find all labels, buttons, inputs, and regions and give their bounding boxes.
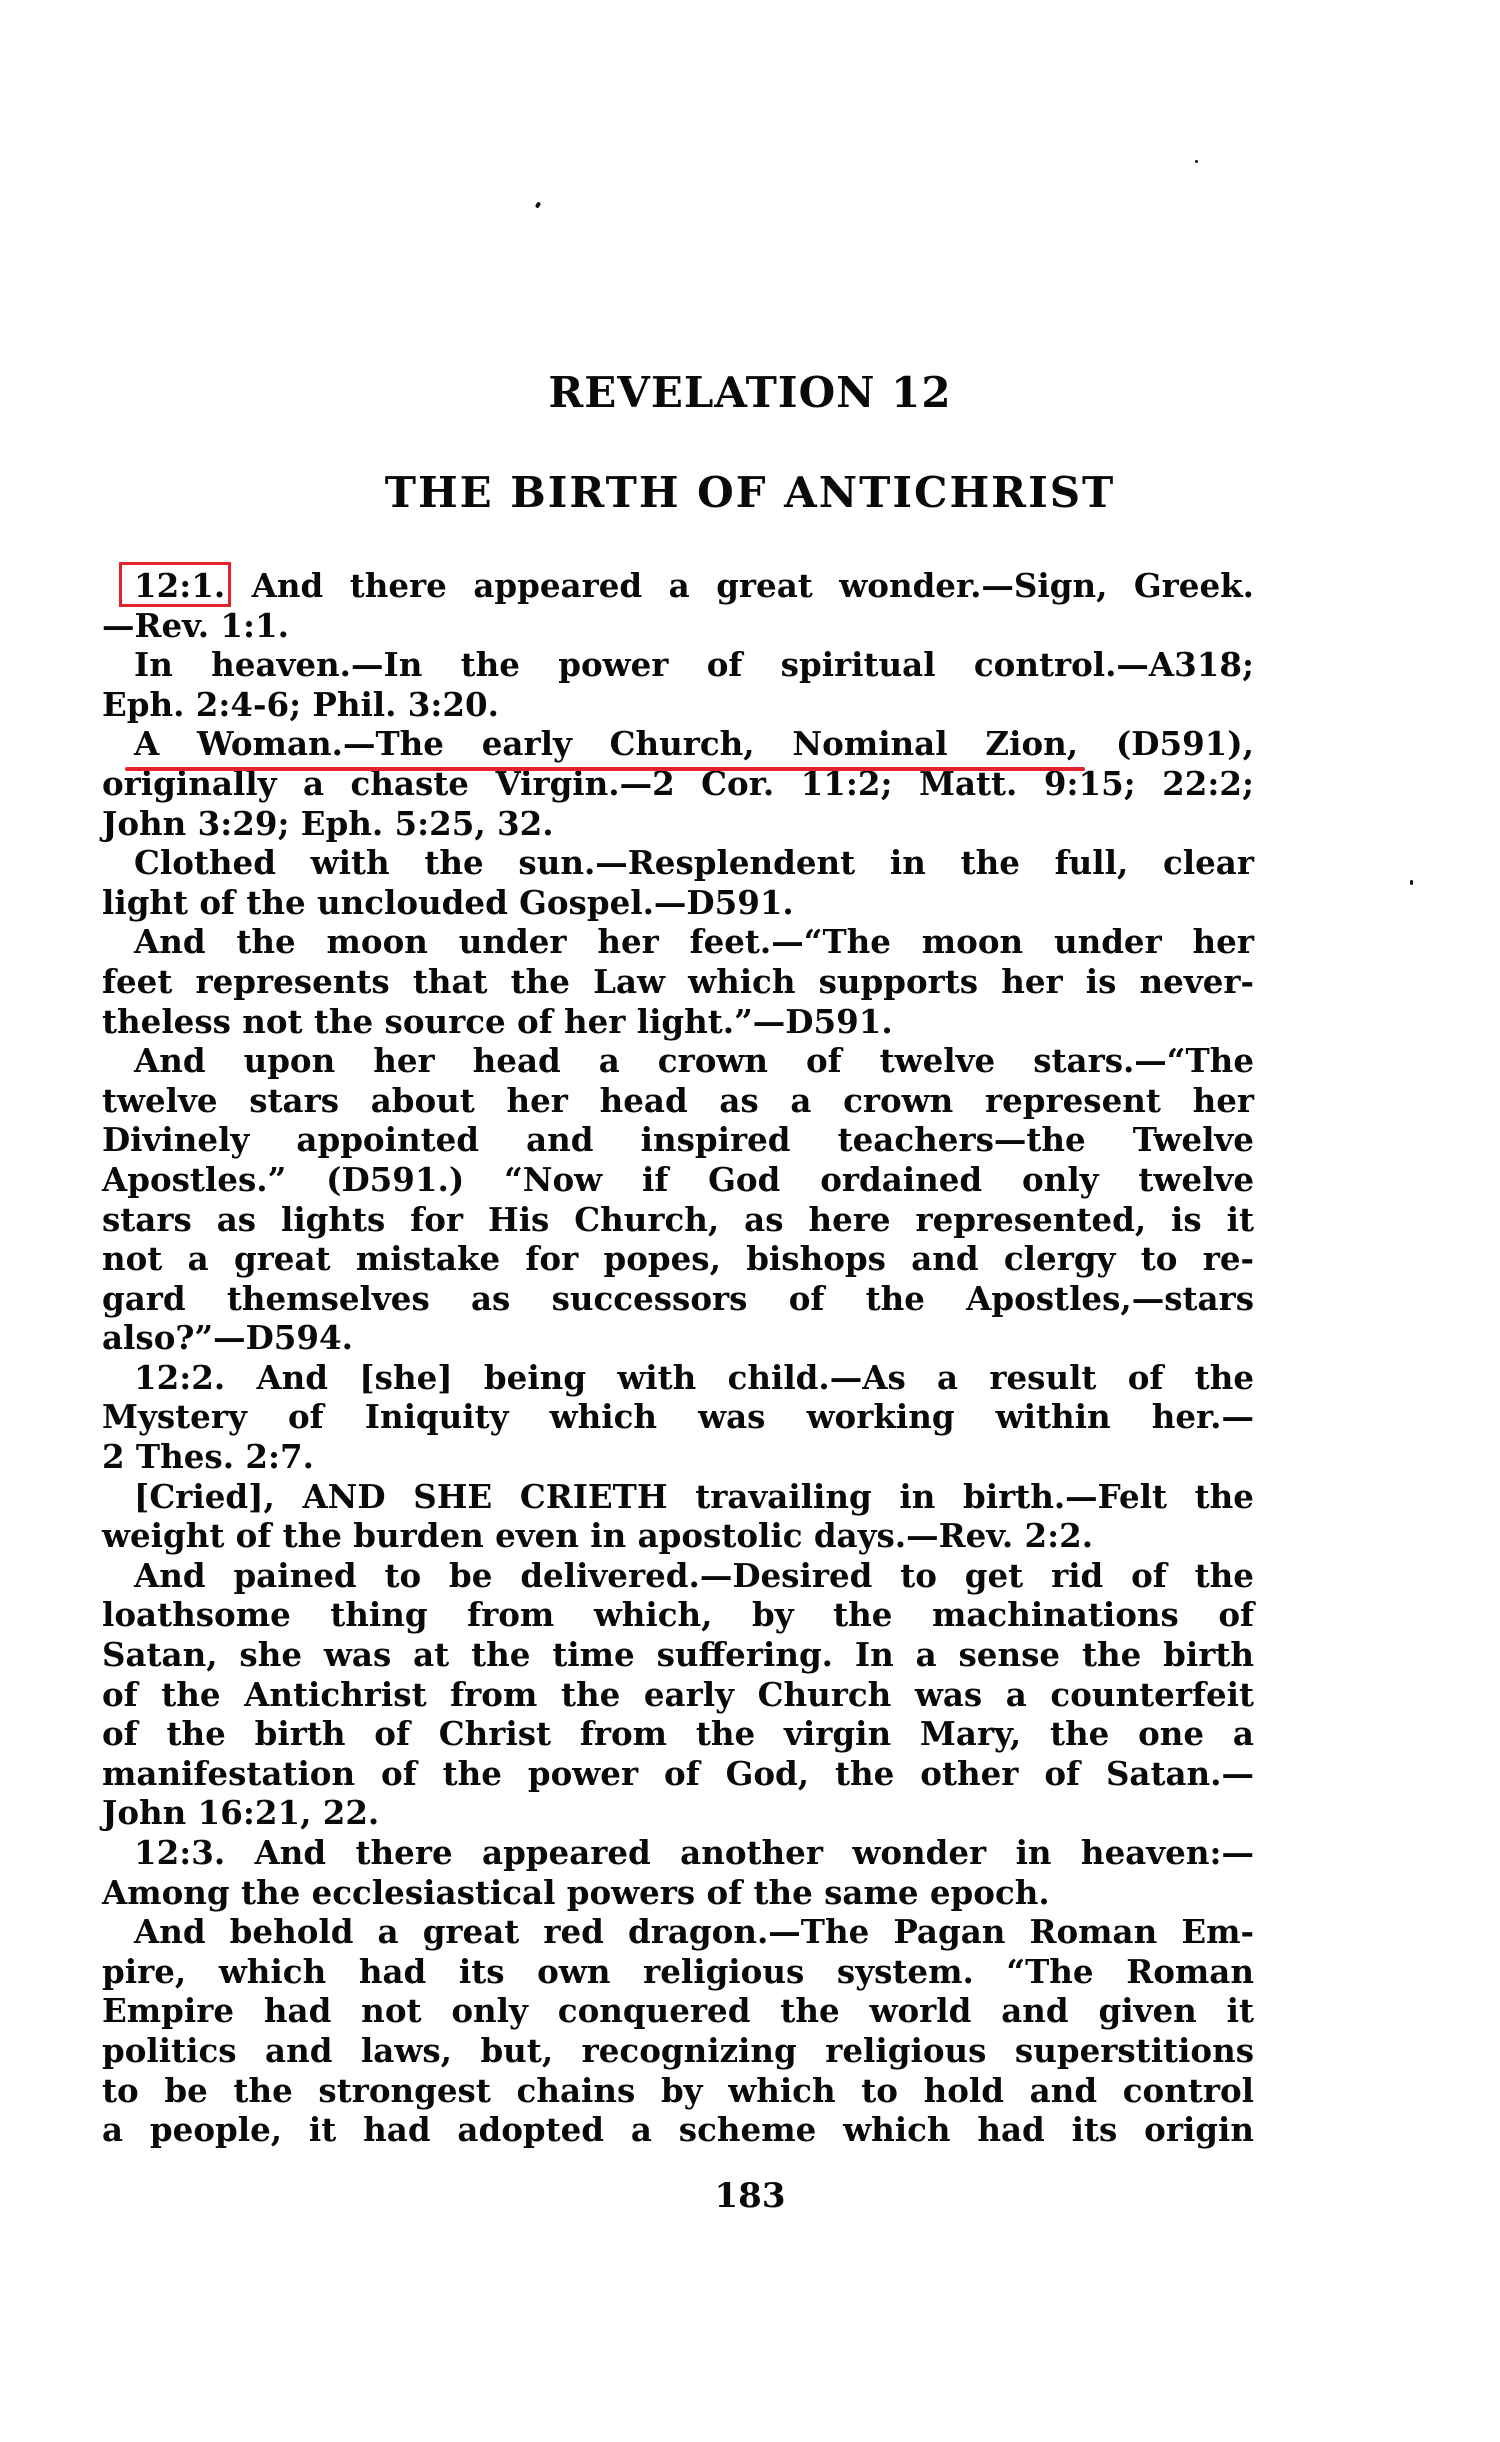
text-line: And pained to be delivered.—Desired to g… [102, 1556, 1254, 1596]
text-line: Satan, she was at the time suffering. In… [102, 1635, 1254, 1675]
text-line: manifestation of the power of God, the o… [102, 1754, 1254, 1794]
text-line: feet represents that the Law which suppo… [102, 962, 1254, 1002]
text-line: John 16:21, 22. [102, 1793, 1254, 1833]
text-line: Mystery of Iniquity which was working wi… [102, 1397, 1254, 1437]
text-line: Divinely appointed and inspired teachers… [102, 1120, 1254, 1160]
text-line: John 3:29; Eph. 5:25, 32. [102, 804, 1254, 844]
text-line: stars as lights for His Church, as here … [102, 1200, 1254, 1240]
text-line: weight of the burden even in apostolic d… [102, 1516, 1254, 1556]
text-line: In heaven.—In the power of spiritual con… [102, 645, 1254, 685]
verse-highlight-box [119, 562, 231, 607]
text-line: Apostles.” (D591.) “Now if God ordained … [102, 1160, 1254, 1200]
text-line: a people, it had adopted a scheme which … [102, 2110, 1254, 2150]
text-line: politics and laws, but, recognizing reli… [102, 2031, 1254, 2071]
text-line: also?”—D594. [102, 1318, 1254, 1358]
text-line: And behold a great red dragon.—The Pagan… [102, 1912, 1254, 1952]
text-line: not a great mistake for popes, bishops a… [102, 1239, 1254, 1279]
text-line: And the moon under her feet.—“The moon u… [102, 922, 1254, 962]
text-line: light of the unclouded Gospel.—D591. [102, 883, 1254, 923]
text-line: Among the ecclesiastical powers of the s… [102, 1873, 1254, 1913]
text-line: 2 Thes. 2:7. [102, 1437, 1254, 1477]
page-number: 183 [0, 2176, 1500, 2216]
scan-speck [1410, 880, 1413, 885]
text-line: loathsome thing from which, by the machi… [102, 1595, 1254, 1635]
text-line: to be the strongest chains by which to h… [102, 2071, 1254, 2111]
text-line: 12:2. And [she] being with child.—As a r… [102, 1358, 1254, 1398]
text-line: [Cried], AND SHE CRIETH travailing in bi… [102, 1477, 1254, 1517]
text-line: twelve stars about her head as a crown r… [102, 1081, 1254, 1121]
phrase-underline [125, 767, 1085, 771]
text-line: pire, which had its own religious system… [102, 1952, 1254, 1992]
text-line: —Rev. 1:1. [102, 606, 1254, 646]
text-line: Empire had not only conquered the world … [102, 1991, 1254, 2031]
chapter-title: REVELATION 12 [0, 368, 1500, 417]
section-title: THE BIRTH OF ANTICHRIST [0, 468, 1500, 517]
text-line: And upon her head a crown of twelve star… [102, 1041, 1254, 1081]
text-line: 12:3. And there appeared another wonder … [102, 1833, 1254, 1873]
scan-speck [1195, 160, 1198, 163]
scan-speck [535, 201, 541, 208]
text-line: theless not the source of her light.”—D5… [102, 1002, 1254, 1042]
text-line: 12:1. And there appeared a great wonder.… [102, 566, 1254, 606]
commentary-text: 12:1. And there appeared a great wonder.… [102, 566, 1254, 2150]
book-page: REVELATION 12 THE BIRTH OF ANTICHRIST 12… [0, 0, 1500, 2442]
text-line: Eph. 2:4-6; Phil. 3:20. [102, 685, 1254, 725]
text-line: of the Antichrist from the early Church … [102, 1675, 1254, 1715]
text-line: A Woman.—The early Church, Nominal Zion,… [102, 724, 1254, 764]
text-line: of the birth of Christ from the virgin M… [102, 1714, 1254, 1754]
text-line: gard themselves as successors of the Apo… [102, 1279, 1254, 1319]
text-line: Clothed with the sun.—Resplendent in the… [102, 843, 1254, 883]
